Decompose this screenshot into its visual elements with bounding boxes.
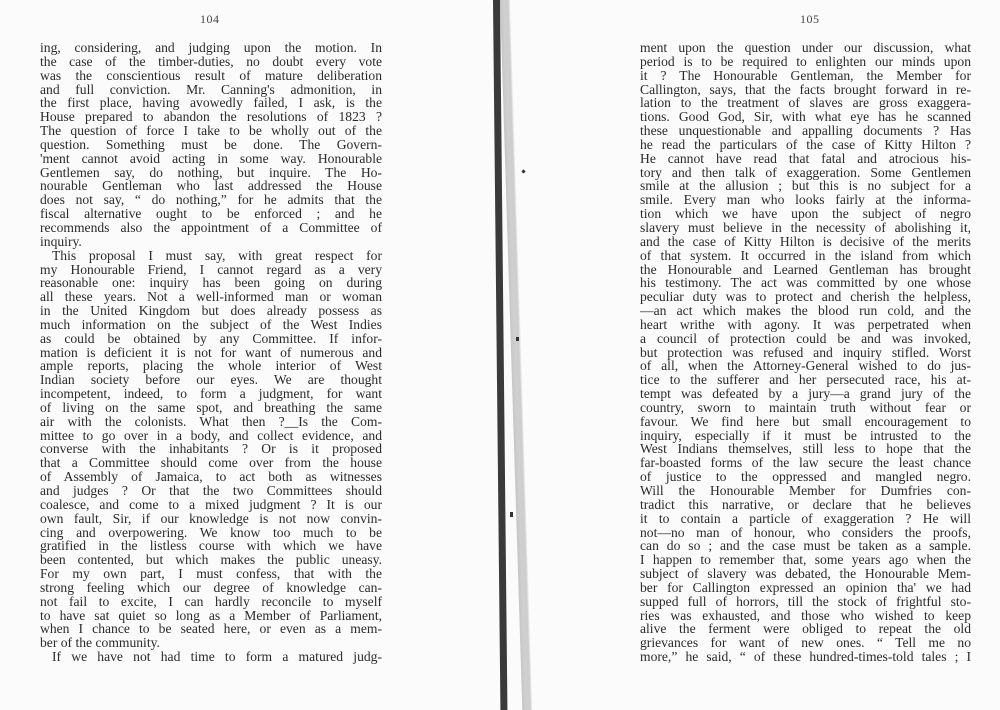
text-line: He cannot have read that fatal and atroc…	[640, 152, 971, 166]
text-line: tion which we have upon the subject of n…	[640, 207, 971, 221]
text-line: ment upon the question under our discuss…	[640, 41, 971, 55]
text-line: of Assembly of Jamaica, to act both as w…	[40, 470, 382, 484]
text-line: but protection was refused and inquiry s…	[640, 346, 971, 360]
text-line: heart writhe with agony. It was perpetra…	[640, 318, 971, 332]
text-line: For my own part, I must confess, that wi…	[40, 567, 382, 581]
text-line: subject of slavery was debated, the Hono…	[640, 567, 971, 581]
text-line: If we have not had time to form a mature…	[40, 650, 382, 664]
ink-speck	[516, 337, 519, 341]
ink-speck	[510, 512, 513, 517]
text-line: reasonable one: inquiry has been going o…	[40, 276, 382, 290]
text-line: Will the Honourable Member for Dumfries …	[640, 484, 971, 498]
page-body-text: ing, considering, and judging upon the m…	[40, 41, 382, 664]
text-line: of that system. It occurred in the islan…	[640, 249, 971, 263]
text-line: in the United Kingdom but does already p…	[40, 304, 382, 318]
text-line: ber for Callington expressed an opinion …	[640, 581, 971, 595]
text-line: tory and then talk of exaggeration. Some…	[640, 166, 971, 180]
text-line: of justice to the oppressed and mangled …	[640, 470, 971, 484]
text-line: inquiry, especially if it must be intrus…	[640, 429, 971, 443]
text-line: my Honourable Friend, I cannot regard as…	[40, 263, 382, 277]
text-line: question. Something must be done. The Go…	[40, 138, 382, 152]
page-number: 104	[200, 12, 220, 27]
text-line: a council of protection could be and was…	[640, 332, 971, 346]
text-line: it ? The Honourable Gentleman, the Membe…	[640, 69, 971, 83]
left-page: 104 ing, considering, and judging upon t…	[0, 0, 494, 710]
text-line: the first place, having avowedly failed,…	[40, 96, 382, 110]
text-line: he read the particulars of the case of K…	[640, 138, 971, 152]
text-line: —an act which makes the blood run cold, …	[640, 304, 971, 318]
text-line: ber of the community.	[40, 636, 382, 650]
text-line: mittee to go over in a body, and collect…	[40, 429, 382, 443]
text-line: was the conscientious result of mature d…	[40, 69, 382, 83]
text-line: peculiar duty was to protect and cherish…	[640, 290, 971, 304]
text-line: it to contain a particle of exaggeration…	[640, 512, 971, 526]
text-line: far-boasted forms of the law secure the …	[640, 456, 971, 470]
text-line: been contented, but which makes the publ…	[40, 553, 382, 567]
text-line: House prepared to abandon the resolution…	[40, 110, 382, 124]
text-line: slavery must believe in the necessity of…	[640, 221, 971, 235]
right-page: 105 ment upon the question under our dis…	[500, 0, 1000, 710]
text-line: smile. Every man who looks fairly at the…	[640, 193, 971, 207]
text-line: incompetent, indeed, to form a judgment,…	[40, 387, 382, 401]
text-line: supped full of horrors, till the stock o…	[640, 595, 971, 609]
text-line: air with the colonists. What then ?__Is …	[40, 415, 382, 429]
text-line: Indian society before our eyes. We are t…	[40, 373, 382, 387]
text-line: when I chance to be seated here, or even…	[40, 622, 382, 636]
text-line: as could be obtained by any Committee. I…	[40, 332, 382, 346]
text-line: nourable Gentleman who last addressed th…	[40, 179, 382, 193]
text-line: tempt was defeated by a jury—a grand jur…	[640, 387, 971, 401]
text-line: recommends also the appointment of a Com…	[40, 221, 382, 235]
text-line: cing and overpowering. We know too much …	[40, 526, 382, 540]
text-line: his testimony. The act was committed by …	[640, 276, 971, 290]
text-line: of all, when the Attorney-General wished…	[640, 359, 971, 373]
text-line: grievances for want of new ones. “ Tell …	[640, 636, 971, 650]
text-line: lation to the treatment of slaves are gr…	[640, 96, 971, 110]
text-line: tice to the sufferer and her persecuted …	[640, 373, 971, 387]
text-line: tradict this narrative, or declare that …	[640, 498, 971, 512]
text-line: Gentlemen say, do nothing, but inquire. …	[40, 166, 382, 180]
text-line: smile at the allusion ; but this is no s…	[640, 179, 971, 193]
text-line: ing, considering, and judging upon the m…	[40, 41, 382, 55]
text-line: West Indians themselves, still less to h…	[640, 442, 971, 456]
page-number: 105	[800, 12, 820, 27]
text-line: The question of force I take to be wholl…	[40, 124, 382, 138]
text-line: alive the ferment were obliged to repeat…	[640, 622, 971, 636]
text-line: period is to be required to enlighten ou…	[640, 55, 971, 69]
text-line: does not say, “ do nothing,” for he admi…	[40, 193, 382, 207]
text-line: and judges ? Or that the two Committees …	[40, 484, 382, 498]
text-line: the case of the timber-duties, no doubt …	[40, 55, 382, 69]
text-line: ries was exhausted, and those who wished…	[640, 609, 971, 623]
text-line: not fail to excite, I can hardly reconci…	[40, 595, 382, 609]
text-line: strong feeling which our degree of knowl…	[40, 581, 382, 595]
text-line: can do so ; and the case must be taken a…	[640, 539, 971, 553]
text-line: I happen to remember that, some years ag…	[640, 553, 971, 567]
text-line: gratified in the listless course with wh…	[40, 539, 382, 553]
text-line: the Honourable and Learned Gentleman has…	[640, 263, 971, 277]
text-line: that a Committee should come over from t…	[40, 456, 382, 470]
text-line: to have sat quiet so long as a Member of…	[40, 609, 382, 623]
text-line: favour. We find here but small encourage…	[640, 415, 971, 429]
text-line: ample reports, placing the whole interio…	[40, 359, 382, 373]
text-line: much information on the subject of the W…	[40, 318, 382, 332]
text-line: own fault, Sir, if our knowledge is not …	[40, 512, 382, 526]
text-line: and the case of Kitty Hilton is decisive…	[640, 235, 971, 249]
text-line: fiscal alternative ought to be enforced …	[40, 207, 382, 221]
text-line: and full conviction. Mr. Canning's admon…	[40, 83, 382, 97]
text-line: these unquestionable and appalling docum…	[640, 124, 971, 138]
text-line: all these years. Not a well-informed man…	[40, 290, 382, 304]
text-line: of living on the same spot, and breathin…	[40, 401, 382, 415]
text-line: This proposal I must say, with great res…	[40, 249, 382, 263]
text-line: tions. Good God, Sir, with what eye has …	[640, 110, 971, 124]
text-line: more,” he said, “ of these hundred-times…	[640, 650, 971, 664]
text-line: mation is deficient it is not for want o…	[40, 346, 382, 360]
text-line: converse with the inhabitants ? Or is it…	[40, 442, 382, 456]
text-line: Callington, says, that the facts brought…	[640, 83, 971, 97]
text-line: country, sworn to maintain truth without…	[640, 401, 971, 415]
text-line: coalesce, and come to a mixed judgment ?…	[40, 498, 382, 512]
text-line: 'ment cannot avoid acting in some way. H…	[40, 152, 382, 166]
text-line: not—no man of honour, who considers the …	[640, 526, 971, 540]
text-line: inquiry.	[40, 235, 382, 249]
page-body-text: ment upon the question under our discuss…	[640, 41, 971, 664]
